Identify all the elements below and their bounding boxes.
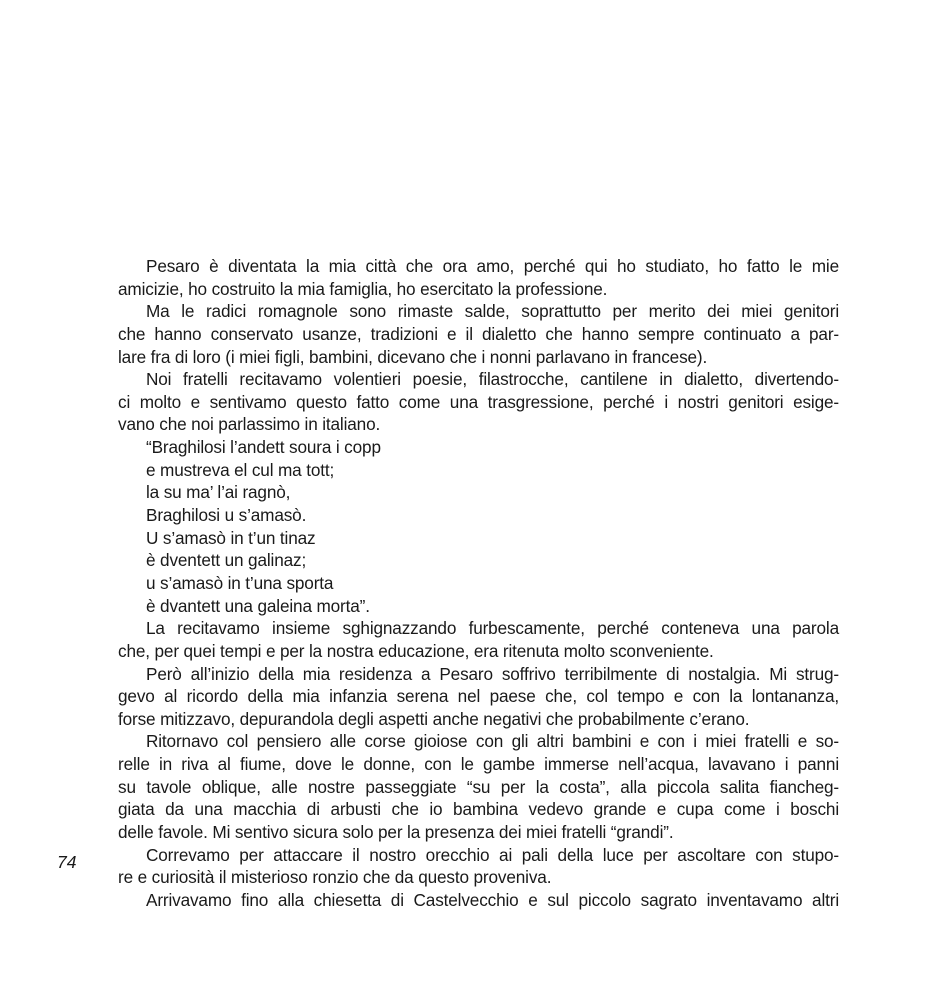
text-line: relle in riva al fiume, dove le donne, c…	[118, 753, 839, 776]
verse-line: la su ma’ l’ai ragnò,	[118, 481, 839, 504]
text-line: Però all’inizio della mia residenza a Pe…	[118, 663, 839, 686]
text-line: vano che noi parlassimo in italiano.	[118, 413, 839, 436]
verse-line: “Braghilosi l’andett soura i copp	[118, 436, 839, 459]
text-line: lare fra di loro (i miei figli, bambini,…	[118, 346, 839, 369]
text-line: che hanno conservato usanze, tradizioni …	[118, 323, 839, 346]
text-line: gevo al ricordo della mia infanzia seren…	[118, 685, 839, 708]
text-line: Correvamo per attaccare il nostro orecch…	[118, 844, 839, 867]
verse-line: e mustreva el cul ma tott;	[118, 459, 839, 482]
text-line: delle favole. Mi sentivo sicura solo per…	[118, 821, 839, 844]
text-line: re e curiosità il misterioso ronzio che …	[118, 866, 839, 889]
body-text: Pesaro è diventata la mia città che ora …	[118, 255, 839, 912]
verse-line: U s’amasò in t’un tinaz	[118, 527, 839, 550]
text-line: amicizie, ho costruito la mia famiglia, …	[118, 278, 839, 301]
text-line: Ritornavo col pensiero alle corse gioios…	[118, 730, 839, 753]
text-line: che, per quei tempi e per la nostra educ…	[118, 640, 839, 663]
verse-line: è dventett un galinaz;	[118, 549, 839, 572]
text-line: forse mitizzavo, depurandola degli aspet…	[118, 708, 839, 731]
verse-line: è dvantett una galeina morta”.	[118, 595, 839, 618]
book-page: Pesaro è diventata la mia città che ora …	[0, 0, 942, 1000]
text-line: su tavole oblique, alle nostre passeggia…	[118, 776, 839, 799]
text-line: Arrivavamo fino alla chiesetta di Castel…	[118, 889, 839, 912]
text-line: Pesaro è diventata la mia città che ora …	[118, 255, 839, 278]
text-line: ci molto e sentivamo questo fatto come u…	[118, 391, 839, 414]
verse-line: Braghilosi u s’amasò.	[118, 504, 839, 527]
text-line: Noi fratelli recitavamo volentieri poesi…	[118, 368, 839, 391]
page-number: 74	[57, 852, 76, 873]
text-line: Ma le radici romagnole sono rimaste sald…	[118, 300, 839, 323]
text-line: giata da una macchia di arbusti che io b…	[118, 798, 839, 821]
verse-line: u s’amasò in t’una sporta	[118, 572, 839, 595]
dialect-poem: “Braghilosi l’andett soura i copp e must…	[118, 436, 839, 617]
text-line: La recitavamo insieme sghignazzando furb…	[118, 617, 839, 640]
